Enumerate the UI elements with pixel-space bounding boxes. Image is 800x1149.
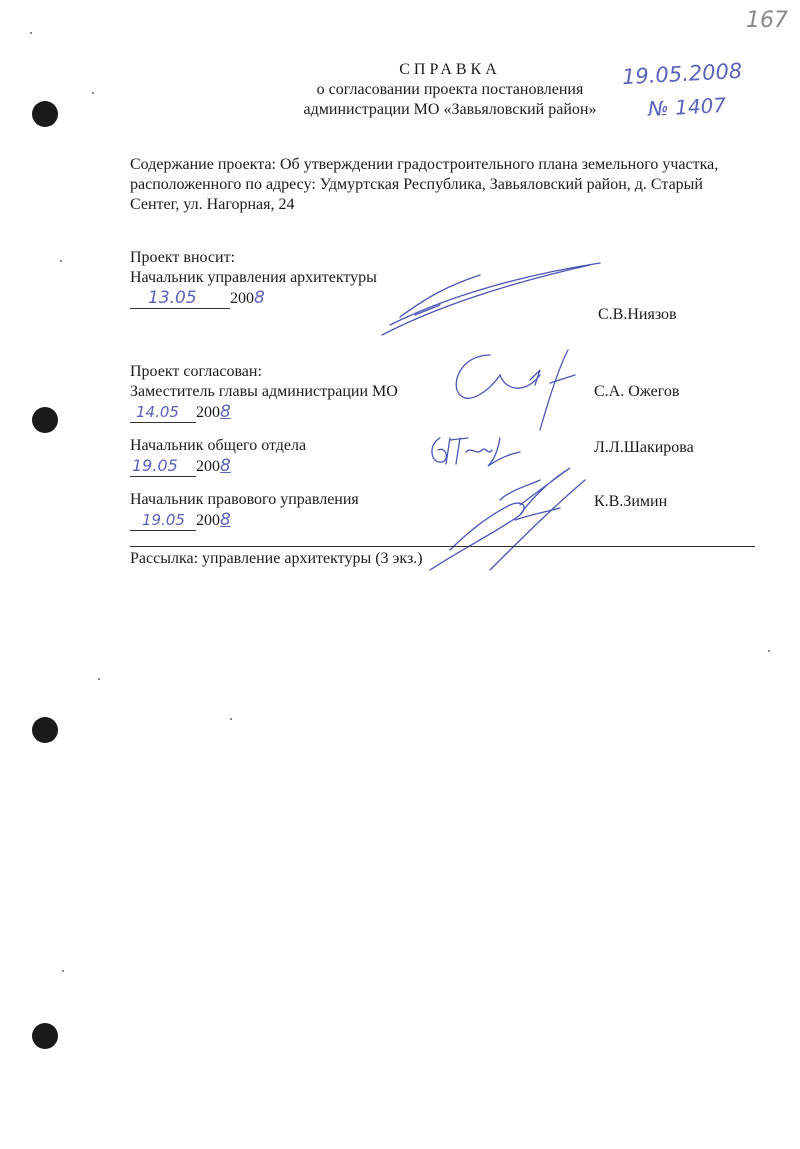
project-content-line1: Содержание проекта: Об утверждении градо… <box>130 155 718 175</box>
submitted-by-position: Начальник управления архитектуры <box>130 268 377 288</box>
signature-zimin <box>420 460 590 580</box>
signature-ozhegov <box>450 345 580 435</box>
approver-2-date: 19.05 2008 <box>130 456 231 477</box>
approved-label: Проект согласован: <box>130 362 262 382</box>
approver-2-position: Начальник общего отдела <box>130 436 306 456</box>
page-number-handwritten: 167 <box>746 8 788 33</box>
approver-2-name: Л.Л.Шакирова <box>594 438 694 458</box>
scan-speck <box>230 718 232 720</box>
scan-speck <box>92 92 94 94</box>
scan-speck <box>62 970 64 972</box>
registration-number: № 1407 <box>647 93 726 121</box>
distribution-divider <box>130 546 755 547</box>
approver-1-position: Заместитель главы администрации МО <box>130 382 398 402</box>
approver-3-name: К.В.Зимин <box>594 492 667 512</box>
document-title: СПРАВКА <box>300 61 600 79</box>
approver-1-name: С.А. Ожегов <box>594 382 679 402</box>
distribution-list: Рассылка: управление архитектуры (3 экз.… <box>130 549 423 569</box>
project-content-line3: Сентег, ул. Нагорная, 24 <box>130 195 295 215</box>
scan-speck <box>60 260 62 262</box>
submitted-by-date: 13.05 2008 <box>130 288 265 309</box>
approver-3-date: 19.05 2008 <box>130 510 231 531</box>
scan-speck <box>30 32 32 34</box>
punch-hole-3 <box>32 717 58 743</box>
scan-speck <box>768 650 770 652</box>
punch-hole-2 <box>32 407 58 433</box>
punch-hole-4 <box>32 1023 58 1049</box>
signature-niyazov <box>370 255 610 345</box>
document-subtitle-line1: о согласовании проекта постановления <box>270 81 630 99</box>
approver-2-year-handwritten: 8 <box>220 456 231 476</box>
approver-1-year-printed: 200 <box>196 404 220 421</box>
approver-3-year-printed: 200 <box>196 512 220 529</box>
approver-2-date-handwritten: 19.05 <box>132 456 178 476</box>
approver-1-date-handwritten: 14.05 <box>136 402 179 422</box>
approver-2-year-printed: 200 <box>196 458 220 475</box>
scan-speck <box>98 678 100 680</box>
approver-3-date-handwritten: 19.05 <box>142 510 185 530</box>
document-subtitle-line2: администрации МО «Завьяловский район» <box>270 101 630 119</box>
registration-date: 19.05.2008 <box>621 59 742 89</box>
submitted-year-handwritten: 8 <box>254 288 265 308</box>
approver-3-year-handwritten: 8 <box>220 510 231 530</box>
approver-1-date: 14.05 2008 <box>130 402 231 423</box>
approver-1-year-handwritten: 8 <box>220 402 231 422</box>
punch-hole-1 <box>32 101 58 127</box>
project-content-line2: расположенного по адресу: Удмуртская Рес… <box>130 175 703 195</box>
submitted-year-printed: 200 <box>230 290 254 307</box>
submitted-by-label: Проект вносит: <box>130 248 235 268</box>
approver-3-position: Начальник правового управления <box>130 490 359 510</box>
submitted-date-handwritten: 13.05 <box>148 288 197 308</box>
